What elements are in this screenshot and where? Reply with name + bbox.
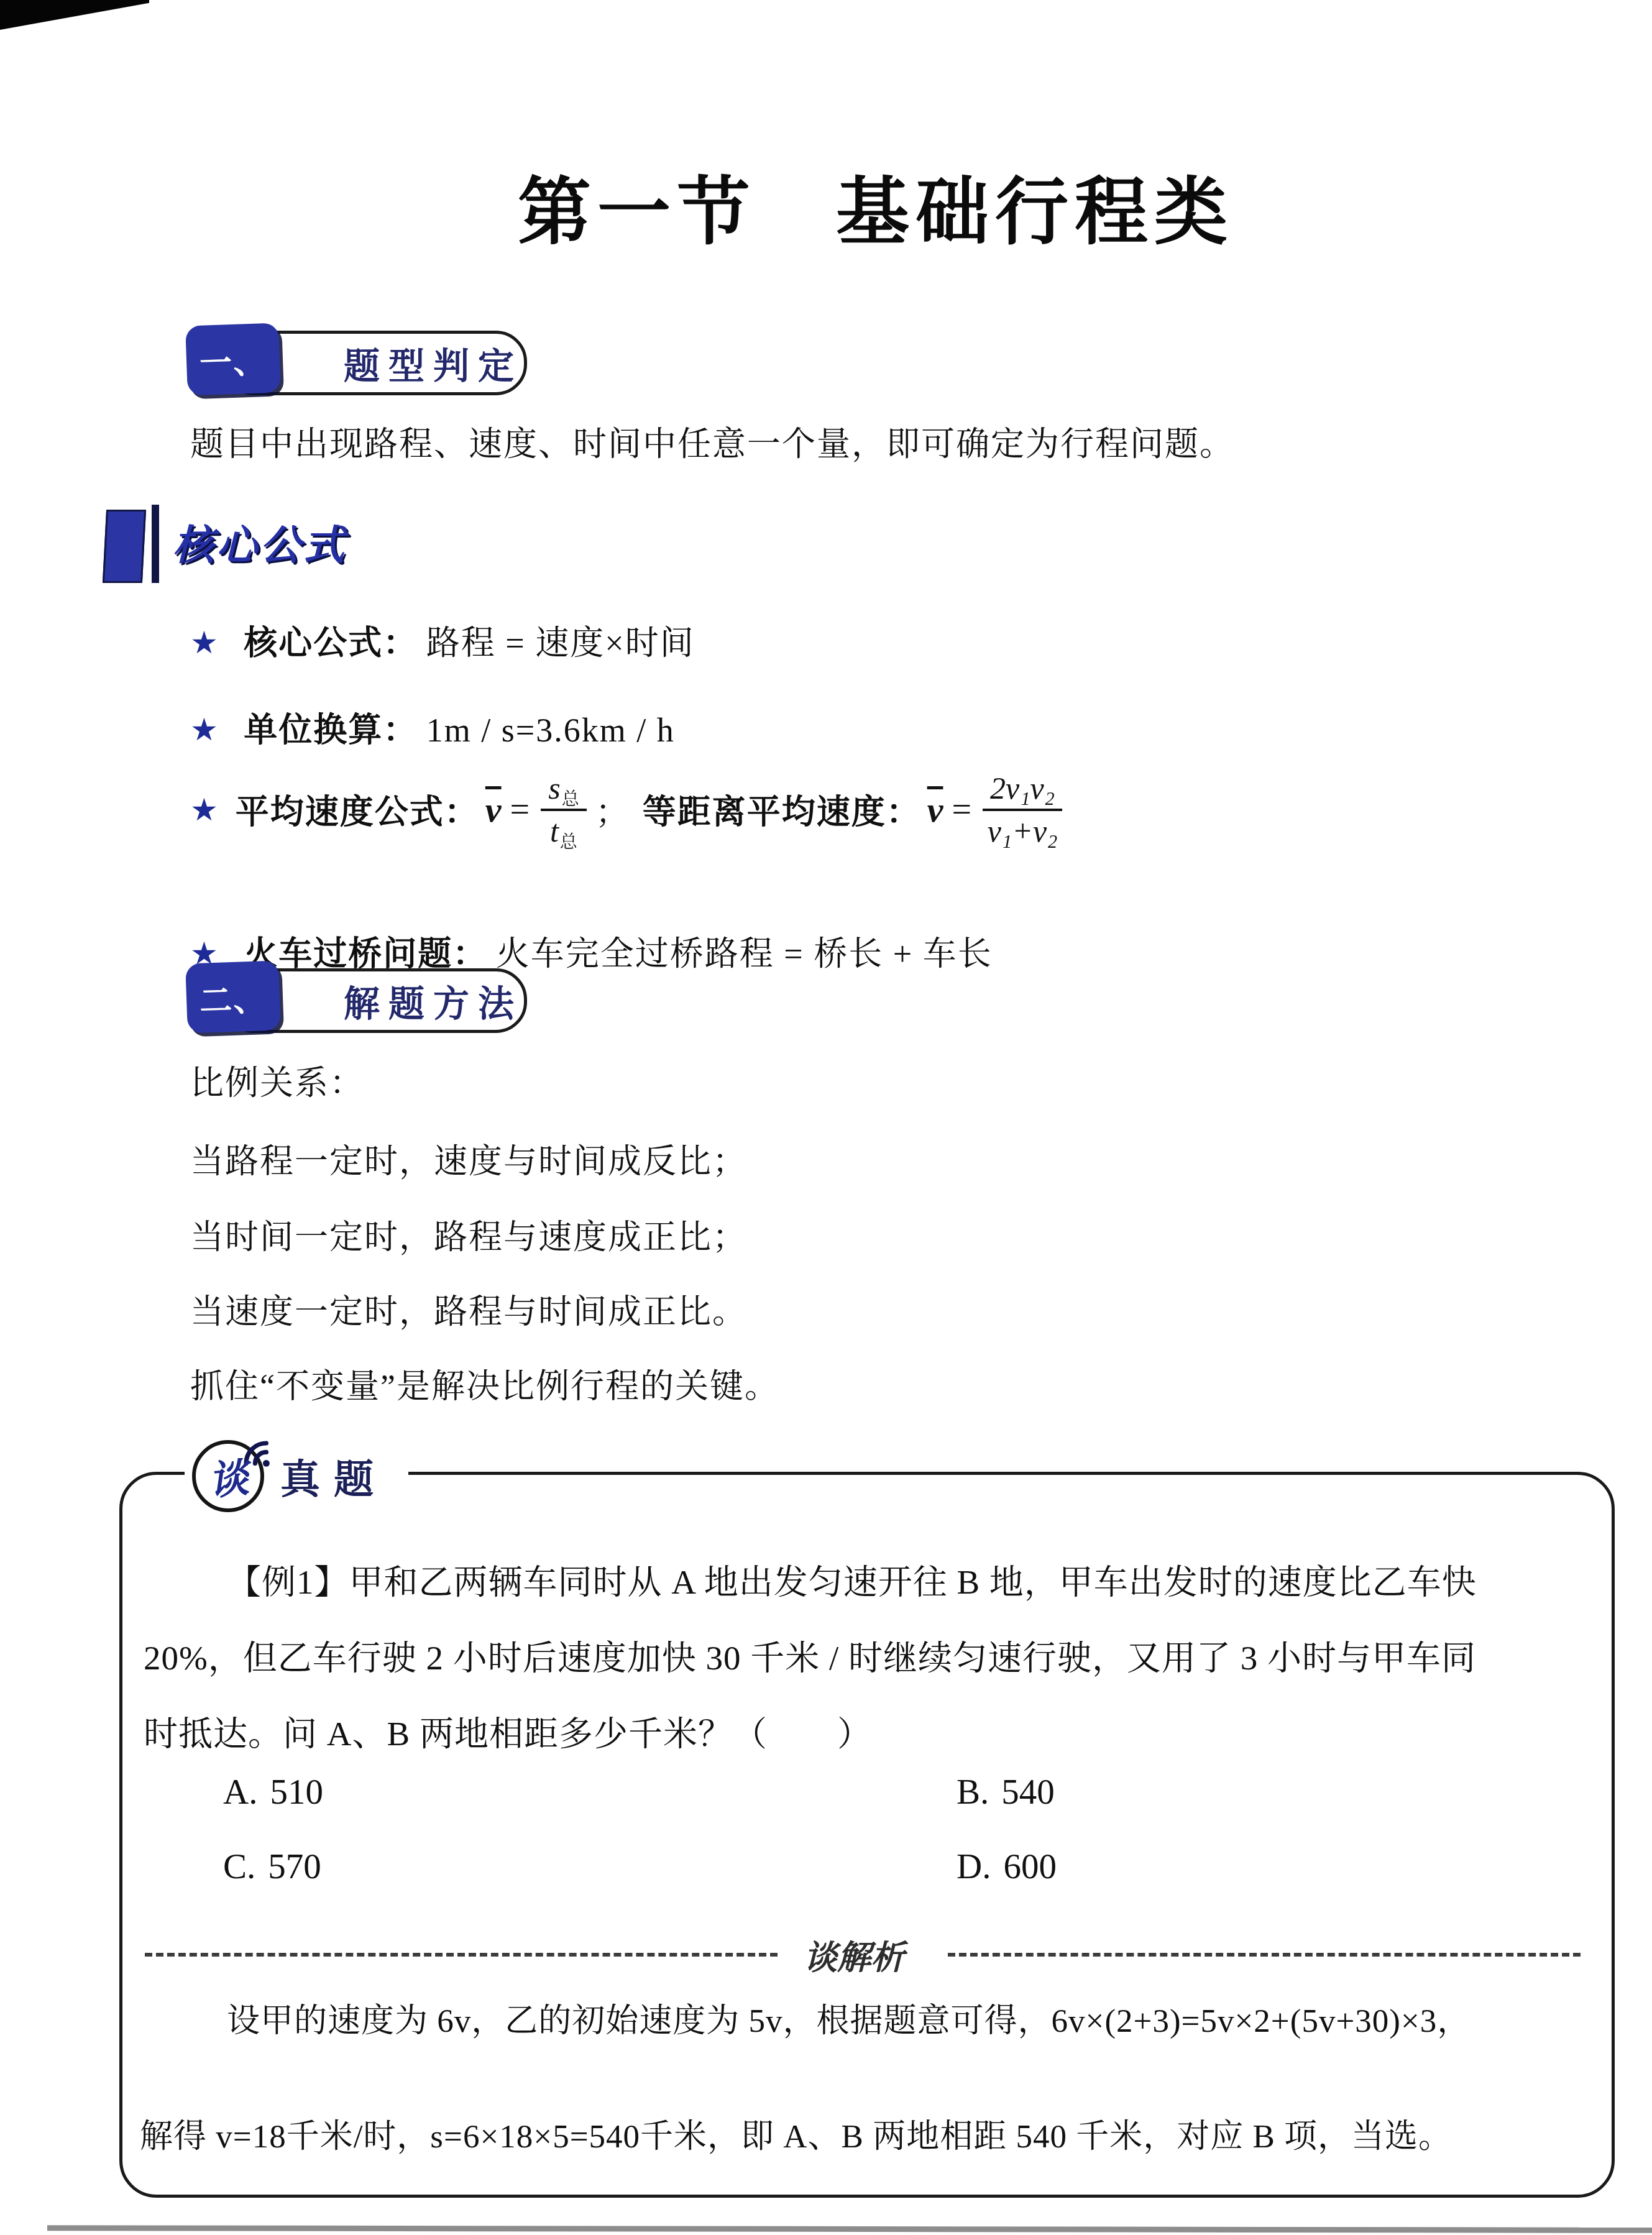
fraction-denominator: t [550, 814, 559, 848]
option-value: 570 [268, 1847, 321, 1886]
method-line: 当速度一定时，路程与时间成正比。 [190, 1285, 747, 1333]
header-bar-thin-icon [152, 505, 159, 583]
talk-icon-character: 谈 [205, 1446, 250, 1507]
option-c: C.570 [223, 1847, 321, 1887]
option-value: 600 [1003, 1847, 1057, 1886]
option-b: B.540 [957, 1772, 1055, 1812]
question-line: 20%，但乙车行驶 2 小时后速度加快 30 千米 / 时继续匀速行驶，又用了 … [144, 1630, 1476, 1679]
scan-artifact-bottom-edge [47, 2225, 1652, 2233]
fraction-numerator: s [548, 771, 560, 805]
analysis-divider-label: 谈解析 [804, 1931, 904, 1979]
core-item-average-speed: ★ 平均速度公式： v = s总 t总 ； 等距离平均速度： v = 2v₁v₂… [190, 737, 1065, 883]
option-key: C. [223, 1847, 255, 1886]
analysis-divider: 谈解析 [145, 1936, 1581, 1973]
option-key: B. [957, 1773, 989, 1812]
fraction-numerator-subscript: 总 [562, 791, 579, 809]
option-value: 540 [1001, 1773, 1055, 1812]
talk-brand-icon: 谈 [192, 1440, 264, 1512]
fraction-total-distance-over-time: s总 t总 [541, 772, 586, 847]
core-item-label: 核心公式： [244, 625, 418, 662]
separator: ； [595, 786, 629, 833]
equals-sign: = [510, 790, 530, 830]
v-bar-symbol: v [485, 789, 502, 830]
core-item-label: 平均速度公式： [236, 786, 479, 833]
fraction-numerator: 2v₁v₂ [983, 772, 1062, 811]
badge-number: 二、 [199, 973, 268, 1022]
real-exam-question-box: 谈 真题 【例1】甲和乙两辆车同时从 A 地出发匀速开往 B 地，甲车出发时的速… [119, 1472, 1615, 2198]
section-badge-solving-method: 解题方法 二、 [186, 962, 527, 1035]
exam-box-label: 谈 真题 [185, 1435, 408, 1517]
scanned-document-page: 第一节 基础行程类 题型判定 一、 题目中出现路程、速度、时间中任意一个量，即可… [0, 0, 1652, 2235]
badge-number-tab: 二、 [185, 960, 281, 1033]
badge-number-tab: 一、 [185, 323, 281, 395]
method-line: 当时间一定时，路程与速度成正比； [190, 1211, 747, 1259]
exam-box-title: 真题 [280, 1448, 387, 1505]
option-key: A. [223, 1773, 257, 1812]
method-line: 抓住“不变量”是解决比例行程的关键。 [190, 1360, 779, 1408]
page-title: 第一节 基础行程类 [99, 153, 1652, 259]
core-item-formula: ★ 核心公式： 路程 = 速度×时间 [190, 617, 695, 664]
method-line: 当路程一定时，速度与时间成反比； [190, 1135, 747, 1183]
fraction-harmonic-mean: 2v₁v₂ v₁+v₂ [983, 772, 1062, 847]
option-d: D.600 [957, 1847, 1057, 1887]
scan-artifact-top-left [0, 0, 149, 30]
method-line: 比例关系： [190, 1057, 364, 1104]
fraction-denominator: v₁+v₂ [988, 811, 1058, 848]
section-badge-type-judgement: 题型判定 一、 [186, 324, 527, 398]
option-value: 510 [270, 1773, 323, 1812]
question-line: 时抵达。问 A、B 两地相距多少千米？（ ） [144, 1706, 872, 1755]
option-a: A.510 [223, 1772, 323, 1812]
core-item-content: 火车完全过桥路程 = 桥长 + 车长 [496, 935, 993, 973]
dashed-line-left [145, 1953, 778, 1957]
core-item-label2: 等距离平均速度： [643, 786, 921, 833]
option-key: D. [957, 1847, 991, 1886]
core-formula-header-text: 核心公式 [173, 512, 347, 571]
fraction-denominator-subscript: 总 [560, 833, 577, 851]
v-bar-symbol: v [927, 789, 943, 830]
question-line: 【例1】甲和乙两辆车同时从 A 地出发匀速开往 B 地，甲车出发时的速度比乙车快 [227, 1554, 1477, 1604]
star-icon: ★ [190, 625, 218, 660]
badge-label: 解题方法 [344, 975, 523, 1027]
section1-intro-text: 题目中出现路程、速度、时间中任意一个量，即可确定为行程问题。 [190, 418, 1234, 466]
equals-sign: = [952, 790, 971, 830]
analysis-line: 设甲的速度为 6v，乙的初始速度为 5v，根据题意可得，6v×(2+3)=5v×… [227, 1994, 1471, 2042]
star-icon: ★ [190, 792, 218, 828]
core-formula-header: 核心公式 [104, 505, 539, 584]
header-bar-icon [103, 510, 146, 583]
badge-number: 一、 [199, 335, 268, 384]
analysis-line: 解得 v=18千米/时，s=6×18×5=540千米，即 A、B 两地相距 54… [140, 2110, 1452, 2157]
core-item-content: 路程 = 速度×时间 [426, 625, 695, 662]
dashed-line-right [948, 1953, 1581, 1957]
badge-label: 题型判定 [344, 337, 523, 389]
